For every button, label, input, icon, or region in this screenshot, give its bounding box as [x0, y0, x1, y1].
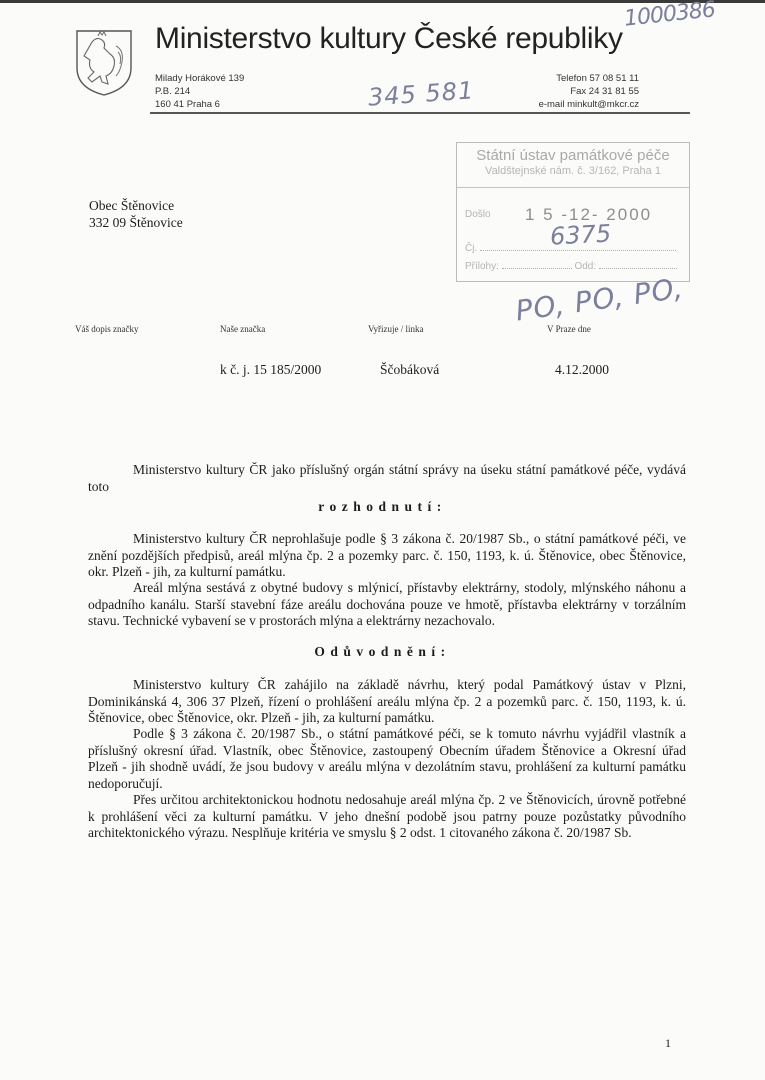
phone: Telefon 57 08 51 11: [539, 72, 639, 85]
stamp-header: Státní ústav památkové péče Valdštejnské…: [457, 143, 689, 188]
handwritten-stamp-number: 6375: [549, 219, 611, 250]
stamp-organization: Státní ústav památkové péče: [457, 143, 689, 164]
meta-label-our-ref: Naše značka: [220, 324, 265, 334]
ministry-address: Milady Horákové 139 P.B. 214 160 41 Prah…: [155, 72, 244, 111]
reasoning-paragraph: Podle § 3 zákona č. 20/1987 Sb., o státn…: [88, 726, 686, 792]
stamp-received-label: Došlo: [465, 209, 491, 220]
page-number: 1: [665, 1036, 671, 1051]
stamp-attachments-label: Přílohy:: [465, 261, 499, 272]
meta-value-handled-by: Ščobáková: [380, 362, 439, 378]
decision-heading: rozhodnutí:: [0, 499, 765, 515]
stamp-department-label: Odd:: [574, 261, 596, 272]
coat-of-arms-icon: [74, 28, 134, 98]
dotted-line: [502, 267, 572, 269]
scan-edge: [0, 0, 765, 3]
recipient-line: Obec Štěnovice: [89, 197, 183, 214]
dotted-line: [599, 267, 677, 269]
decision-paragraph: Areál mlýna sestává z obytné budovy s ml…: [88, 580, 686, 630]
handwritten-document-id: 1000386: [623, 0, 716, 32]
letterhead-divider: [150, 112, 690, 114]
recipient-line: 332 09 Štěnovice: [89, 214, 183, 231]
meta-label-handled-by: Vyřizuje / linka: [368, 324, 424, 334]
reasoning-heading: Odůvodnění:: [0, 644, 765, 660]
receipt-stamp: Státní ústav památkové péče Valdštejnské…: [456, 142, 690, 282]
address-line: 160 41 Praha 6: [155, 98, 244, 111]
email: e-mail minkult@mkcr.cz: [539, 98, 639, 111]
meta-label-your-ref: Váš dopis značky: [75, 324, 138, 334]
stamp-attachments-row: Přílohy: Odd:: [465, 261, 677, 272]
fax: Fax 24 31 81 55: [539, 85, 639, 98]
intro-paragraph: Ministerstvo kultury ČR jako příslušný o…: [88, 462, 686, 495]
meta-label-date: V Praze dne: [547, 324, 591, 334]
reasoning-paragraph: Přes určitou architektonickou hodnotu ne…: [88, 792, 686, 842]
dotted-line: [480, 249, 676, 251]
ministry-contact: Telefon 57 08 51 11 Fax 24 31 81 55 e-ma…: [539, 72, 639, 111]
handwritten-reference: 345 581: [367, 76, 475, 111]
recipient-address: Obec Štěnovice 332 09 Štěnovice: [89, 197, 183, 231]
address-line: Milady Horákové 139: [155, 72, 244, 85]
meta-value-date: 4.12.2000: [555, 362, 609, 378]
decision-paragraph: Ministerstvo kultury ČR neprohlašuje pod…: [88, 531, 686, 581]
address-line: P.B. 214: [155, 85, 244, 98]
stamp-address: Valdštejnské nám. č. 3/162, Praha 1: [457, 164, 689, 177]
reasoning-paragraph: Ministerstvo kultury ČR zahájilo na zákl…: [88, 677, 686, 727]
ministry-title: Ministerstvo kultury České republiky: [155, 22, 623, 56]
meta-value-our-ref: k č. j. 15 185/2000: [220, 362, 321, 378]
stamp-ref-label: Čj.: [465, 243, 477, 254]
